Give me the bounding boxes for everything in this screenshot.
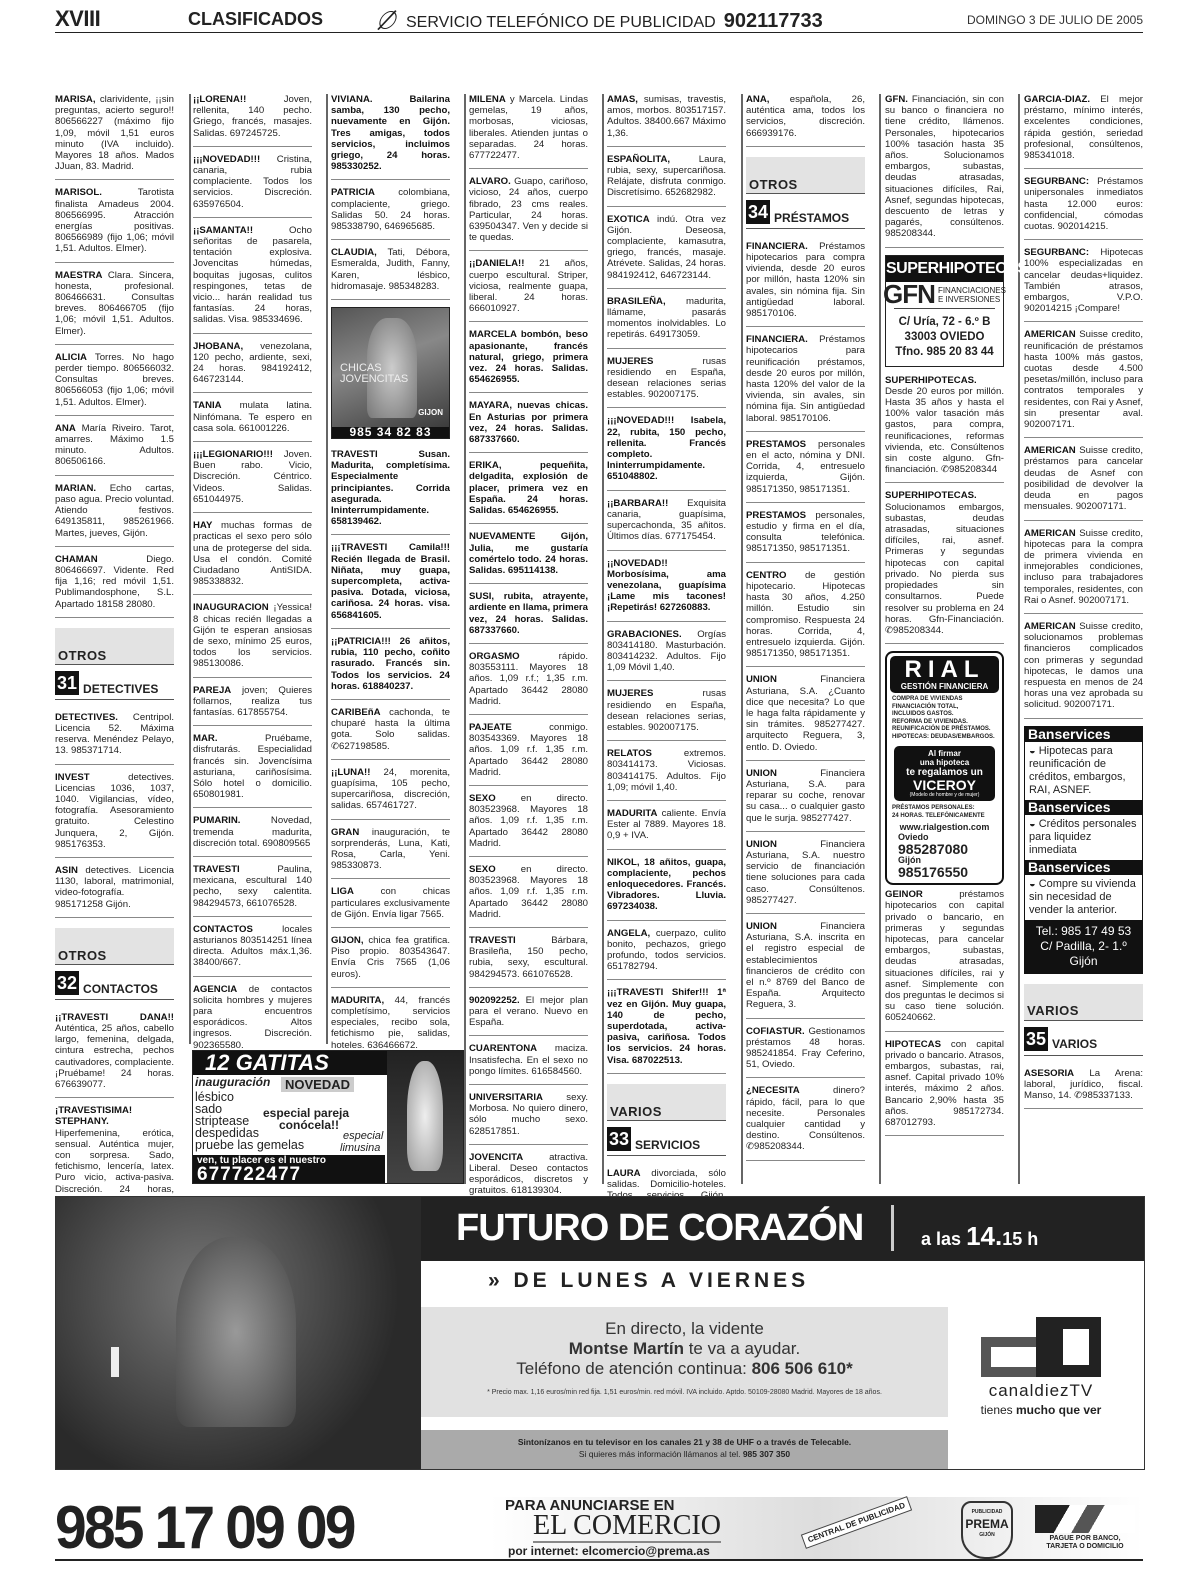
ad-keyword: MARIAN. [55, 483, 96, 494]
gatitas-ad: 12 GATITAS inauguración NOVEDAD lésbico … [192, 1050, 464, 1184]
classified-ad: SEXO en directo. 803523968. Mayores 18 a… [469, 864, 588, 928]
classified-ad: AMERICAN Suisse credito, reunificación d… [1024, 329, 1143, 438]
service: pruebe las gemelas [195, 1139, 304, 1151]
section-title: CONTACTOS [83, 984, 158, 995]
classified-ad: AMERICAN Suisse credito, solucionamos pr… [1024, 621, 1143, 719]
ad-text: 1ª vez en Gijón. Muy guapa, 140 de pecho… [607, 987, 726, 1065]
classified-ad: UNION Financiera Asturiana, S.A. nuestro… [746, 839, 865, 914]
column-1: MARISA, clarividente, ¡¡sin preguntas, a… [55, 94, 174, 1221]
ad-keyword: ¡¡TRAVESTI DANA!! [55, 1012, 174, 1023]
classified-ad: MARISOL. Tarotista finalista Amadeus 200… [55, 187, 174, 262]
column-6: ANA, española, 26, auténtica ama, todos … [746, 94, 865, 1168]
classified-ad: 902092252. El mejor plan para el verano.… [469, 995, 588, 1037]
ad-service-line: SERVICIO TELEFÓNICO DE PUBLICIDAD9021177… [380, 10, 823, 33]
classified-ad: CARIBEñA cachonda, te chuparé hasta la ú… [331, 707, 450, 760]
item-text: Créditos personales para liquidez inmedi… [1029, 818, 1137, 856]
rial-phone: 985176550 [898, 865, 991, 879]
tune-line: Sintonízanos en tu televisor en los cana… [421, 1436, 948, 1448]
phone-icon [377, 11, 400, 29]
column-divider [326, 94, 328, 1044]
ad-keyword: CENTRO [746, 570, 787, 581]
futuro-de-corazon-ad: FUTURO DE CORAZÓN a las 14.15 h » DE LUN… [55, 1196, 1145, 1470]
ad-text: Bailarina samba, 130 pecho, nuevamente e… [331, 94, 450, 172]
ad-text: Morbosísima, ama venezolana, guapísima ¡… [607, 569, 726, 614]
ad-keyword: PAJEATE [469, 722, 512, 733]
presenter-name: Montse Martín [569, 1339, 684, 1358]
classified-ad: UNION Financiera Asturiana, S.A. inscrit… [746, 921, 865, 1019]
classified-ad: GARCIA-DIAZ. El mejor préstamo, mínimo i… [1024, 94, 1143, 169]
column-divider [1018, 94, 1020, 1184]
footer-banner: 985 17 09 09 PARA ANUNCIARSE EN EL COMER… [55, 1497, 1143, 1561]
ad-keyword: MAYARA, [469, 400, 512, 411]
ad-keyword: UNIVERSITARIA [469, 1092, 543, 1103]
ad-keyword: ¡¡¡NOVEDAD!!! [193, 154, 260, 165]
classified-ad: TANIA mulata latina. Ninfómana. Te esper… [193, 400, 312, 442]
classified-ad: MARISA, clarividente, ¡¡sin preguntas, a… [55, 94, 174, 180]
classified-ad: MILENA y Marcela. Lindas gemelas, 19 año… [469, 94, 588, 169]
ad-keyword: ¡¡SAMANTA!! [193, 225, 253, 236]
ad-keyword: ¡¡¡TRAVESTI Camila!!! [331, 542, 450, 553]
ad-keyword: LIGA [331, 886, 354, 897]
ad-keyword: TRAVESTI [331, 449, 378, 460]
classified-ad: ESPAÑOLITA, Laura, rubia, sexy, supercar… [607, 154, 726, 207]
ad-line: JOVENCITAS [340, 374, 408, 385]
ad-keyword: MUJERES [607, 688, 653, 699]
service-label: SERVICIO TELEFÓNICO DE PUBLICIDAD [406, 14, 716, 31]
ad-text: Desde 20 euros por millón. Hasta 35 años… [885, 386, 1004, 475]
payment-icons [1035, 1505, 1135, 1533]
payment-line: PAGUE POR BANCO, [1035, 1535, 1135, 1543]
canal10-logo: canaldiezTV tienes mucho que ver [966, 1317, 1116, 1417]
section-header-31: 31DETECTIVES [55, 665, 174, 700]
banservices-contact: Tel.: 985 17 49 53 C/ Padilla, 2- 1.º Gi… [1025, 920, 1142, 973]
classified-ad: PRESTAMOS personales en el acto, nómina … [746, 439, 865, 503]
section-title: DETECTIVES [83, 684, 158, 695]
classified-ad: GRAN inauguración, te sorprenderás, Luna… [331, 827, 450, 880]
promo-note: (Modelo de hombre y de mujer) [894, 792, 995, 798]
classified-ad: COFIASTUR. Gestionamos préstamos 48 hora… [746, 1026, 865, 1079]
classified-ad: ¡¡¡TRAVESTI Camila!!! Recién llegada de … [331, 542, 450, 628]
classified-ad: VIVIANA. Bailarina samba, 130 pecho, nue… [331, 94, 450, 180]
ad-keyword: MARISOL. [55, 187, 102, 198]
classified-ad: ALVARO. Guapo, cariñoso, vicioso, 24 año… [469, 176, 588, 251]
classified-ad: PATRICIA colombiana, complaciente, grieg… [331, 187, 450, 240]
ad-text: préstamos hipotecarios con capital priva… [885, 889, 1004, 1023]
classified-ad: PAREJA joven; Quieres follarnos, realiza… [193, 685, 312, 727]
ad-city: GIJON [418, 407, 443, 418]
ad-text: Susan. Madurita, completísima. Especialm… [331, 449, 450, 527]
ad-text: Auténtica, 25 años, cabello largo, femen… [55, 1023, 174, 1090]
section-number: 32 [55, 971, 79, 995]
classified-ad: MARCELA bombón, beso apasionante, francé… [469, 329, 588, 393]
ad-keyword: MILENA [469, 94, 506, 105]
section-number: 35 [1024, 1027, 1048, 1051]
classified-ad: UNION Financiera Asturiana, S.A. ¿Cuanto… [746, 674, 865, 760]
section-number: 34 [746, 200, 770, 224]
ad-photo [387, 1051, 463, 1183]
ad-info-box: En directo, la vidente Montse Martín te … [421, 1307, 948, 1417]
classified-ad: MAR. Pruébame, disfrutarás. Especialidad… [193, 733, 312, 808]
section-group-header: OTROS [746, 157, 865, 194]
ad-phone: 985 17 09 09 [55, 1497, 354, 1559]
section-header-34: 34PRÉSTAMOS [746, 194, 865, 229]
slogan-b: mucho que ver [1016, 1403, 1101, 1417]
logo-text: GFN [883, 289, 935, 300]
ad-keyword: FINANCIERA. [746, 334, 808, 345]
ad-keyword: PRESTAMOS [746, 510, 806, 521]
brand: Banservices [1025, 800, 1142, 815]
ad-text: Financiera Asturiana, S.A. inscrita en e… [746, 921, 865, 1010]
classified-ad: PRESTAMOS personales, estudio y firma en… [746, 510, 865, 563]
ad-keyword: JHOBANA, [193, 341, 243, 352]
presenter-figure [176, 1237, 296, 1427]
slogan: tienes mucho que ver [966, 1403, 1116, 1417]
ad-text: detectives. Licencias 1036, 1037, 1040. … [55, 772, 174, 850]
badge-text: GIJÓN [963, 1532, 1011, 1539]
section-title: VARIOS [1052, 1039, 1097, 1050]
ad-keyword: EXOTICA [607, 214, 650, 225]
classified-ad: ¿NECESITA dinero? rápido, fácil, para lo… [746, 1085, 865, 1160]
ad-keyword: MADURITA, [331, 995, 384, 1006]
promo-line: Al firmar [894, 749, 995, 758]
ad-keyword: GRABACIONES. [607, 629, 682, 640]
column-7: GFN. Financiación, sin con su banco o fi… [885, 94, 1004, 1143]
ad-keyword: ASIN [55, 865, 78, 876]
column-divider [189, 94, 191, 1044]
bullet: 24 HORAS. TELEFÓNICAMENTE [892, 813, 997, 821]
bullet: HIPOTECAS: DEUDAS/EMBARGOS. [892, 734, 997, 742]
ad-keyword: HIPOTECAS [885, 1039, 941, 1050]
classified-ad: AMERICAN Suisse credito, hipotecas para … [1024, 528, 1143, 614]
prema-badge: PUBLICIDAD PREMA GIJÓN [961, 1501, 1013, 1559]
classified-ad: BRASILEÑA, madurita, llámame, pasarás mo… [607, 296, 726, 349]
time-prefix: a las [921, 1229, 961, 1249]
classified-ad: SEGURBANC: Hipotecas 100% especializadas… [1024, 247, 1143, 322]
classified-ad: CENTRO de gestión hipotecario. Hipotecas… [746, 570, 865, 668]
classified-ad: AMERICAN Suisse credito, préstamos para … [1024, 445, 1143, 520]
info-line: Montse Martín te va a ayudar. [421, 1339, 948, 1359]
info-text: Teléfono de atención continua: [516, 1359, 751, 1378]
classified-ad: INVEST detectives. Licencias 1036, 1037,… [55, 772, 174, 858]
ad-keyword: UNION [746, 768, 777, 779]
classified-ad: MAYARA, nuevas chicas. En Asturias por p… [469, 400, 588, 453]
contact-tel: Tel.: 985 17 49 53 [1025, 924, 1142, 939]
brand: Banservices [1025, 860, 1142, 875]
ad-keyword: CHAMAN [55, 554, 98, 565]
info-text: te va a ayudar. [684, 1339, 800, 1358]
classified-ad: MADURITA caliente. Envía Ester al 7889. … [607, 808, 726, 850]
ad-keyword: SEXO [469, 793, 496, 804]
classified-ad: EXOTICA indú. Otra vez Gijón. Deseosa, c… [607, 214, 726, 289]
classified-ad: JHOBANA, venezolana, 120 pecho, ardiente… [193, 341, 312, 394]
eye-icon: ◒ [1029, 745, 1039, 757]
ad-keyword: ¡¡¡TRAVESTI Shifer!!! [607, 987, 709, 998]
rial-title: RIAL [890, 658, 999, 682]
ad-special: conócela!! [279, 1118, 339, 1132]
section-title: SERVICIOS [635, 1140, 700, 1151]
ad-text: Suisse credito, solucionamos problemas f… [1024, 621, 1143, 710]
column-2: ¡¡LORENA!! Joven, rellenita, 140 pecho. … [193, 94, 312, 1126]
classified-ad: MARIAN. Echo cartas, paso agua. Precio v… [55, 483, 174, 547]
item-text: Compre su vivienda sin necesidad de vend… [1029, 878, 1136, 916]
classified-ad: ¡¡BARBARA!! Exquisita canaria, guapísima… [607, 498, 726, 551]
ad-keyword: MARISA, [55, 94, 96, 105]
ad-keyword: RELATOS [607, 748, 652, 759]
eye-icon: ◒ [1029, 878, 1039, 890]
classified-ad: PAJEATE conmigo. 803543369. Mayores 18 a… [469, 722, 588, 786]
section-group-header: VARIOS [1024, 984, 1143, 1021]
ad-keyword: ORGASMO [469, 651, 520, 662]
ad-keyword: SEXO [469, 864, 496, 875]
divider [891, 1205, 894, 1251]
section-group-label: OTROS [58, 950, 107, 961]
newspaper-name: EL COMERCIO [533, 1511, 721, 1543]
classified-ad: ¡¡¡LEGIONARIO!!! Joven. Buen rabo. Vicio… [193, 449, 312, 513]
section-group-header: VARIOS [607, 1084, 726, 1121]
classified-ad: MUJERES rusas residiendo en España, dese… [607, 688, 726, 741]
classified-ad: ¡¡¡NOVEDAD!!! Cristina, canaria, rubia c… [193, 154, 312, 218]
classified-ad: ERIKA, pequeñita, delgadita, explosión d… [469, 460, 588, 524]
ad-keyword: VIVIANA. [331, 94, 373, 105]
section-header-35: 35VARIOS [1024, 1021, 1143, 1056]
ad-keyword: JOVENCITA [469, 1152, 523, 1163]
section-group-label: OTROS [749, 179, 798, 190]
bullet: INCLUIDOS GASTOS. [892, 711, 997, 719]
badge-text: PREMA [963, 1516, 1011, 1532]
ad-keyword: CUARENTONA [469, 1043, 537, 1054]
ad-keyword: MARCELA [469, 329, 517, 340]
rial-promo: Al firmar una hipoteca te regalamos un V… [894, 746, 995, 801]
ad-novedad: NOVEDAD [281, 1077, 354, 1092]
ad-keyword: AMERICAN [1024, 329, 1076, 340]
ad-keyword: DETECTIVES. [55, 712, 118, 723]
classified-ad: ANGELA, cuerpazo, culito bonito, pechazo… [607, 928, 726, 981]
classified-ad: ¡¡LORENA!! Joven, rellenita, 140 pecho. … [193, 94, 312, 147]
ad-keyword: ¡¡NOVEDAD!! [607, 558, 668, 569]
ad-keyword: SUPERHIPOTECAS. [885, 490, 977, 501]
ad-keyword: MAR. [193, 733, 218, 744]
ad-keyword: GFN. [885, 94, 908, 105]
classified-ad: GEINOR préstamos hipotecarios con capita… [885, 889, 1004, 1031]
info-phone: 806 506 610* [752, 1359, 853, 1378]
ad-text: Suisse credito, reunificación de préstam… [1024, 329, 1143, 430]
ad-keyword: GARCIA-DIAZ. [1024, 94, 1090, 105]
classified-ad: MUJERES rusas residiendo en España, dese… [607, 356, 726, 409]
candle-icon [111, 1347, 119, 1377]
ad-phone: 985 34 82 83 [332, 427, 449, 438]
classified-ad: CLAUDIA, Tati, Débora, Esmeralda, Judith… [331, 247, 450, 300]
ad-keyword: ¡¡¡NOVEDAD!!! [607, 415, 674, 426]
section-title: PRÉSTAMOS [774, 213, 849, 224]
payment-info: PAGUE POR BANCO, TARJETA O DOMICILIO [1035, 1505, 1135, 1551]
classified-ad: ¡¡SAMANTA!! Ocho señoritas de pasarela, … [193, 225, 312, 334]
ad-keyword: TRAVESTI [193, 864, 240, 875]
logo-sub-line: E INVERSIONES [938, 295, 1000, 304]
classified-ad: TRAVESTI Paulina, mexicana, escultural 1… [193, 864, 312, 917]
ad-figure [407, 1061, 443, 1171]
classified-ad: SUPERHIPOTECAS. Desde 20 euros por milló… [885, 375, 1004, 484]
ad-keyword: ANA, [746, 94, 769, 105]
channel-name: canaldiezTV [966, 1381, 1116, 1401]
promo-line: una hipoteca [894, 758, 995, 767]
section-group-label: VARIOS [1027, 1005, 1079, 1016]
ad-keyword: CONTACTOS [193, 924, 253, 935]
classified-ad: CUARENTONA maciza. Insatisfecha. En el s… [469, 1043, 588, 1085]
promo-brand: VICEROY [894, 778, 995, 792]
show-time: a las 14.15 h [921, 1221, 1038, 1252]
ad-text: Recién llegada de Brasil. Niñata, muy gu… [331, 554, 450, 621]
logo-sub-line: FINANCIACIONES [938, 286, 1006, 295]
ad-text: Préstamos hipotecarios para reunificació… [746, 334, 865, 423]
rial-website[interactable]: www.rialgestion.com [890, 822, 999, 832]
ad-keyword: ¡¡¡LEGIONARIO!!! [193, 449, 273, 460]
ad-keyword: TANIA [193, 400, 222, 411]
box-contact: C/ Uría, 72 - 6.º B 33003 OVIEDO Tfno. 9… [886, 309, 1003, 366]
service-phone: 902117733 [724, 10, 823, 32]
section-header-33: 33SERVICIOS [607, 1121, 726, 1156]
ad-keyword: SUPERHIPOTECAS. [885, 375, 977, 386]
ad-keyword: ANA [55, 423, 76, 434]
classified-ad: HIPOTECAS con capital privado o bancario… [885, 1039, 1004, 1137]
rial-phone: 985287080 [898, 842, 991, 856]
classified-ad: AGENCIA de contactos solicita hombres y … [193, 984, 312, 1059]
ad-keyword: SUSI, [469, 591, 494, 602]
ad-photo-vidente [56, 1197, 421, 1469]
ad-keyword: AMERICAN [1024, 445, 1076, 456]
ad-keyword: TRAVESTI [469, 935, 516, 946]
ad-keyword: NUEVAMENTE [469, 531, 535, 542]
ad-keyword: UNION [746, 921, 777, 932]
time-min: 15 h [1002, 1229, 1038, 1249]
box-phone: Tfno. 985 20 83 44 [886, 345, 1003, 360]
tune-line: Si quieres más información llámanos al t… [421, 1448, 948, 1460]
classified-ad: ASESORIA La Arena: laboral, jurídico, fi… [1024, 1068, 1143, 1110]
ad-inauguracion: inauguración [195, 1075, 270, 1089]
column-divider [741, 94, 743, 1184]
central-stamp: CENTRAL DE PUBLICIDAD [801, 1496, 912, 1549]
ad-keyword: MAESTRA [55, 270, 102, 281]
classified-ad: ¡¡¡NOVEDAD!!! Isabela, 22, rubita, 150 p… [607, 415, 726, 490]
ad-keyword: HAY [193, 520, 212, 531]
ad-keyword: ¡¡DANIELA!! [469, 258, 524, 269]
ad-keyword: PRESTAMOS [746, 439, 806, 450]
classified-ad: ¡¡TRAVESTI DANA!! Auténtica, 25 años, ca… [55, 1012, 174, 1098]
section-group-label: VARIOS [610, 1106, 662, 1117]
ad-headline: CHICASJOVENCITAS [340, 363, 408, 385]
slogan-a: tienes [981, 1403, 1016, 1417]
classified-ad: ANA María Riveiro. Tarot, amarres. Máxim… [55, 423, 174, 476]
ad-keyword: ¿NECESITA [746, 1085, 800, 1096]
box-title: SUPERHIPOTECAS [886, 256, 1003, 282]
tune-text: Si quieres más información llámanos al t… [579, 1449, 743, 1459]
ad-keyword: ¡¡PATRICIA!!! [331, 636, 391, 647]
ad-keyword: PATRICIA [331, 187, 375, 198]
ad-keyword: LAURA [607, 1168, 641, 1179]
ad-keyword: ANGELA, [607, 928, 650, 939]
ad-text: de gestión hipotecario. Hipotecas hasta … [746, 570, 865, 659]
ad-keyword: AMERICAN [1024, 621, 1076, 632]
column-divider [879, 94, 881, 1184]
banservices-item: ◒ Hipotecas para reunificación de crédit… [1025, 742, 1142, 800]
footer-email[interactable]: por internet: elcomercio@prema.as [508, 1544, 710, 1558]
rial-header: RIAL GESTIÓN FINANCIERA [890, 656, 999, 693]
badge-text: PUBLICIDAD [963, 1509, 1011, 1516]
ad-text: Hiperfemenina, erótica, sensual. Auténti… [55, 1128, 174, 1206]
ad-title: 12 GATITAS [193, 1051, 395, 1075]
classified-ad: CHAMAN Diego. 806466697. Vidente. Red fi… [55, 554, 174, 618]
classified-ad: UNIVERSITARIA sexy. Morbosa. No quiero d… [469, 1092, 588, 1145]
info-line: En directo, la vidente [421, 1319, 948, 1339]
ad-keyword: GIJON, [331, 935, 364, 946]
ad-keyword: AMERICAN [1024, 528, 1076, 539]
classified-ad: FINANCIERA. Préstamos hipotecarios para … [746, 334, 865, 432]
section-header-32: 32CONTACTOS [55, 965, 174, 1000]
banservices-box: Banservices ◒ Hipotecas para reunificaci… [1024, 726, 1143, 974]
section-title: CLASIFICADOS [188, 9, 323, 30]
contact-address: C/ Padilla, 2- 1.º [1025, 939, 1142, 954]
classified-ad: PUMARIN. Novedad, tremenda madurita, dis… [193, 815, 312, 857]
info-line: Teléfono de atención continua: 806 506 6… [421, 1359, 948, 1379]
classified-ad: ¡¡NOVEDAD!! Morbosísima, ama venezolana,… [607, 558, 726, 622]
ad-text: Solucionamos embargos, subastas, deudas … [885, 502, 1004, 636]
ad-keyword: INVEST [55, 772, 90, 783]
page-number: XVIII [55, 6, 100, 32]
classified-ad: TRAVESTI Susan. Madurita, completísima. … [331, 449, 450, 535]
bullet: PRÉSTAMOS PERSONALES: [892, 805, 997, 813]
classified-ad: SEGURBANC: Préstamos unipersonales inmed… [1024, 176, 1143, 240]
show-title: FUTURO DE CORAZÓN [456, 1207, 863, 1250]
show-days: » DE LUNES A VIERNES [488, 1269, 809, 1293]
classified-ad: ALICIA Torres. No hago perder tiempo. 80… [55, 352, 174, 416]
ad-banner: FUTURO DE CORAZÓN a las 14.15 h [421, 1197, 1144, 1261]
fine-print: * Precio max. 1,16 euros/min red fija. 1… [421, 1389, 948, 1396]
classified-ad: ASIN detectives. Licencia 1130, laboral,… [55, 865, 174, 918]
ad-keyword: ¡¡BARBARA!! [607, 498, 668, 509]
ad-keyword: ERIKA, [469, 460, 502, 471]
ad-text: Ocho señoritas de pasarela, tentación ex… [193, 225, 312, 326]
ad-text: Préstamos hipotecarios para compra vivie… [746, 241, 865, 319]
ad-keyword: BRASILEÑA, [607, 296, 666, 307]
tune-phone: 985 307 350 [743, 1449, 790, 1459]
ad-keyword: GEINOR [885, 889, 923, 900]
bullet: COMPRA DE VIVIENDAS [892, 696, 997, 704]
ad-keyword: ALICIA [55, 352, 87, 363]
box-city: 33003 OVIEDO [886, 330, 1003, 345]
section-group-header: OTROS [55, 928, 174, 965]
classified-ad: ¡¡¡TRAVESTI Shifer!!! 1ª vez en Gijón. M… [607, 987, 726, 1073]
ad-keyword: INAUGURACION [193, 602, 269, 613]
classified-ad: GIJON, chica fea gratifica. Piso propio.… [331, 935, 450, 988]
ad-keyword: ¡¡LUNA!! [331, 767, 370, 778]
ad-special: especial [343, 1130, 383, 1142]
rial-box: RIAL GESTIÓN FINANCIERA COMPRA DE VIVIEN… [885, 651, 1004, 885]
ad-keyword: NIKOL, [607, 857, 640, 868]
ad-phone: 677722477 [193, 1166, 385, 1183]
tune-info: Sintonízanos en tu televisor en los cana… [421, 1430, 948, 1469]
ad-special: limusina [340, 1142, 380, 1154]
classified-ad: ¡¡LUNA!! 24, morenita, guapísima, 105 pe… [331, 767, 450, 820]
ad-keyword: MADURITA [607, 808, 657, 819]
column-4: MILENA y Marcela. Lindas gemelas, 19 año… [469, 94, 588, 1260]
classified-ad: SEXO en directo. 803523968. Mayores 18 a… [469, 793, 588, 857]
column-divider [464, 94, 466, 1184]
issue-date: DOMINGO 3 DE JULIO DE 2005 [967, 13, 1143, 27]
ad-text: con capital privado o bancario. Atrasos,… [885, 1039, 1004, 1128]
bullet: REUNIFICACIÓN DE PRÉSTAMOS. [892, 726, 997, 734]
ad-text: clarividente, ¡¡sin preguntas, acierto s… [55, 94, 174, 172]
ad-keyword: ALVARO. [469, 176, 511, 187]
classified-ad: SUPERHIPOTECAS. Solucionamos embargos, s… [885, 490, 1004, 644]
